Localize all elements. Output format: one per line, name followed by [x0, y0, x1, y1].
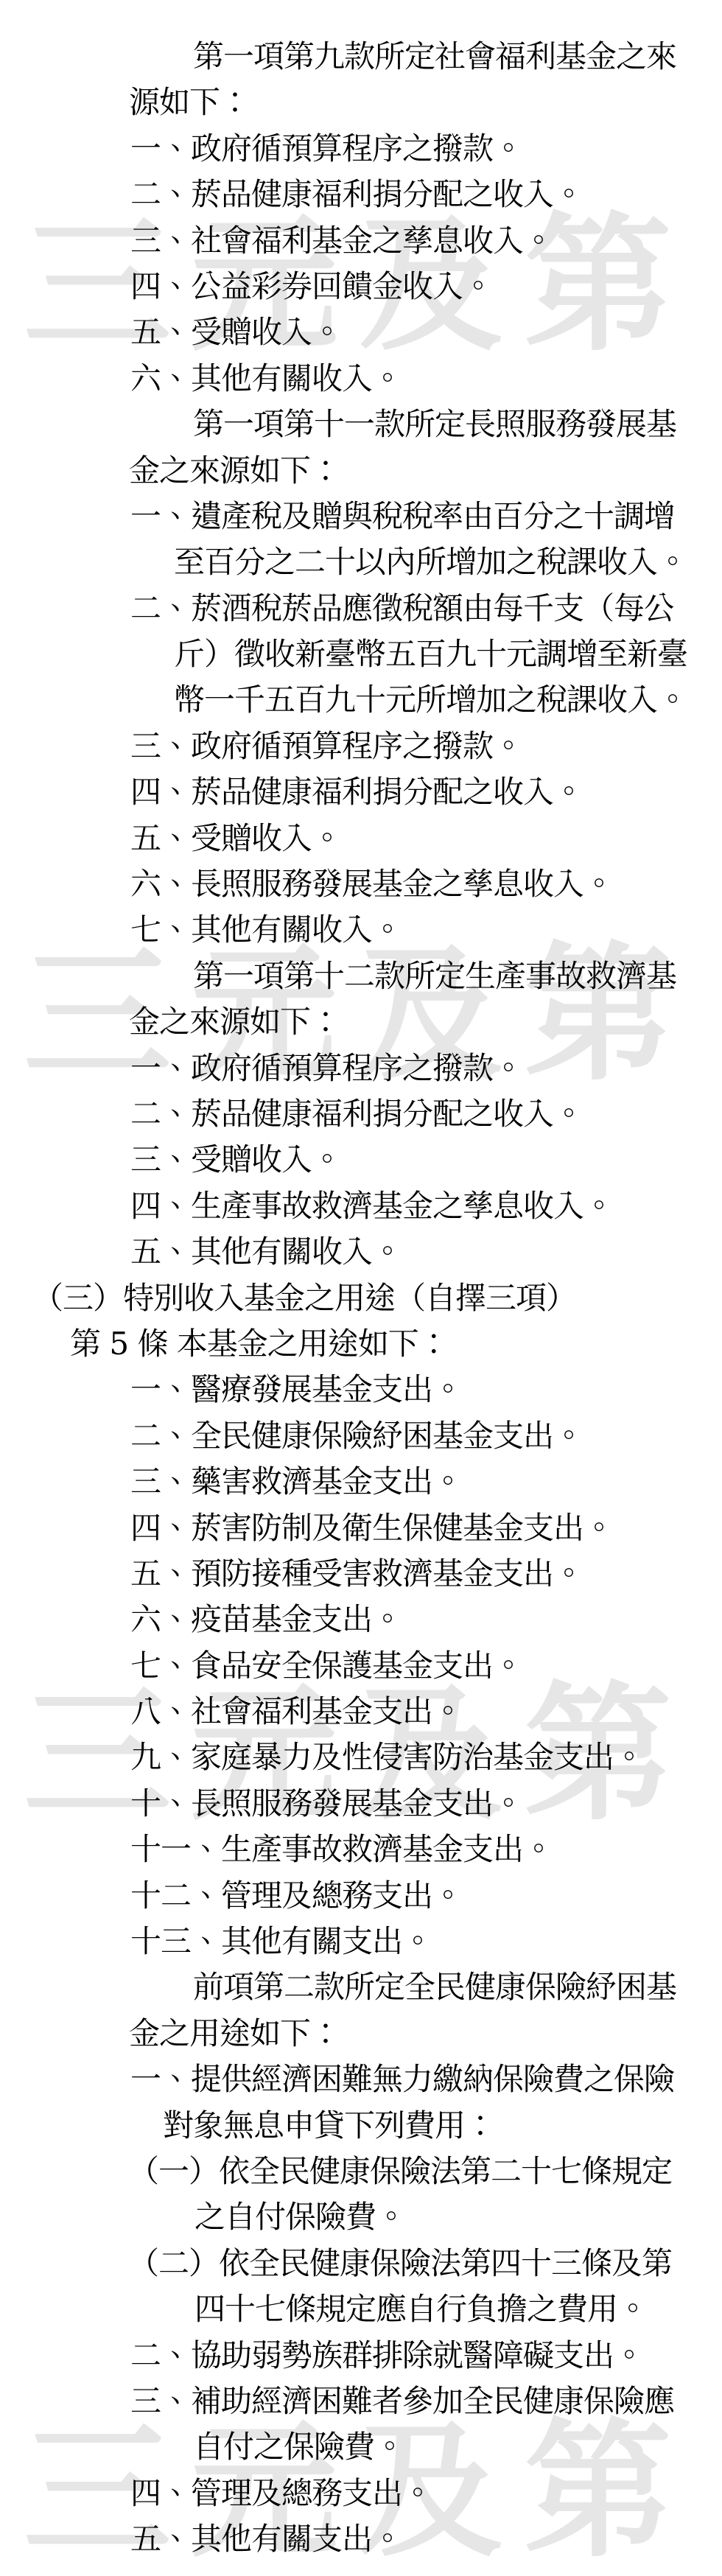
text-line: 二、全民健康保險紓困基金支出。 [130, 1413, 722, 1459]
text-line: 六、其他有關收入。 [130, 356, 722, 402]
text-line: 十、長照服務發展基金支出。 [130, 1781, 722, 1827]
text-line: 一、醫療發展基金支出。 [130, 1367, 722, 1413]
text-line: 第一項第九款所定社會福利基金之來 [193, 34, 722, 80]
text-line: 十三、其他有關支出。 [130, 1919, 722, 1964]
text-line: 金之來源如下： [129, 999, 722, 1045]
text-line: 金之來源如下： [129, 448, 722, 494]
text-line: 一、政府循預算程序之撥款。 [130, 1046, 722, 1091]
text-line: 四、管理及總務支出。 [130, 2471, 722, 2516]
text-line: （一）依全民健康保險法第二十七條規定 [128, 2149, 722, 2194]
text-line: 二、菸品健康福利捐分配之收入。 [130, 172, 722, 217]
text-line: 六、長照服務發展基金之孳息收入。 [130, 861, 722, 907]
document-body: 第一項第九款所定社會福利基金之來源如下：一、政府循預算程序之撥款。二、菸品健康福… [0, 0, 722, 2562]
text-line: 五、其他有關收入。 [130, 1229, 722, 1275]
text-line: 一、提供經濟困難無力繳納保險費之保險 [130, 2057, 722, 2102]
text-line: 五、預防接種受害救濟基金支出。 [130, 1551, 722, 1597]
text-line: 四、生產事故救濟基金之孳息收入。 [130, 1183, 722, 1229]
text-line: 四、菸品健康福利捐分配之收入。 [130, 769, 722, 815]
document-page: 三元及第 三元及第 三元及第 三元及第 第一項第九款所定社會福利基金之來源如下：… [0, 0, 722, 2576]
text-line: 五、受贈收入。 [130, 816, 722, 861]
text-line: 第一項第十二款所定生產事故救濟基 [193, 953, 722, 999]
text-line: 四、公益彩券回饋金收入。 [130, 264, 722, 309]
text-line: 對象無息申貸下列費用： [163, 2103, 722, 2149]
text-line: 一、遺產稅及贈與稅稅率由百分之十調增 [130, 494, 722, 539]
text-line: 十二、管理及總務支出。 [130, 1873, 722, 1919]
text-line: 三、補助經濟困難者參加全民健康保險應 [130, 2379, 722, 2424]
text-line: 二、菸品健康福利捐分配之收入。 [130, 1091, 722, 1137]
text-line: 三、受贈收入。 [130, 1137, 722, 1183]
text-line: （二）依全民健康保險法第四十三條及第 [128, 2241, 722, 2286]
text-line: 八、社會福利基金支出。 [130, 1689, 722, 1735]
text-line: 六、疫苗基金支出。 [130, 1597, 722, 1642]
text-line: 第一項第十一款所定長照服務發展基 [193, 402, 722, 447]
text-line: 金之用途如下： [129, 2011, 722, 2057]
text-line: 三、藥害救濟基金支出。 [130, 1459, 722, 1505]
text-line: 斤）徵收新臺幣五百九十元調增至新臺 [174, 631, 722, 677]
text-line: 十一、生產事故救濟基金支出。 [130, 1827, 722, 1872]
text-line: 幣一千五百九十元所增加之稅課收入。 [174, 677, 722, 723]
text-line: 前項第二款所定全民健康保險紓困基 [193, 1964, 722, 2010]
text-line: 七、食品安全保護基金支出。 [130, 1643, 722, 1689]
text-line: 三、社會福利基金之孳息收入。 [130, 218, 722, 264]
text-line: 四十七條規定應自行負擔之費用。 [194, 2286, 722, 2332]
text-line: （三）特別收入基金之用途（自擇三項） [32, 1275, 722, 1321]
text-line: 七、其他有關收入。 [130, 907, 722, 953]
text-line: 五、其他有關支出。 [130, 2516, 722, 2562]
text-line: 二、協助弱勢族群排除就醫障礙支出。 [130, 2333, 722, 2379]
text-line: 四、菸害防制及衛生保健基金支出。 [130, 1505, 722, 1551]
text-line: 三、政府循預算程序之撥款。 [130, 724, 722, 769]
text-line: 源如下： [129, 80, 722, 125]
text-line: 自付之保險費。 [193, 2424, 722, 2470]
text-line: 至百分之二十以內所增加之稅課收入。 [174, 539, 722, 585]
text-line: 一、政府循預算程序之撥款。 [130, 126, 722, 172]
text-line: 之自付保險費。 [194, 2194, 722, 2240]
text-line: 二、菸酒稅菸品應徵稅額由每千支（每公 [130, 586, 722, 631]
text-line: 九、家庭暴力及性侵害防治基金支出。 [130, 1735, 722, 1780]
text-line: 五、受贈收入。 [130, 309, 722, 355]
text-line: 第 5 條 本基金之用途如下： [70, 1321, 722, 1367]
